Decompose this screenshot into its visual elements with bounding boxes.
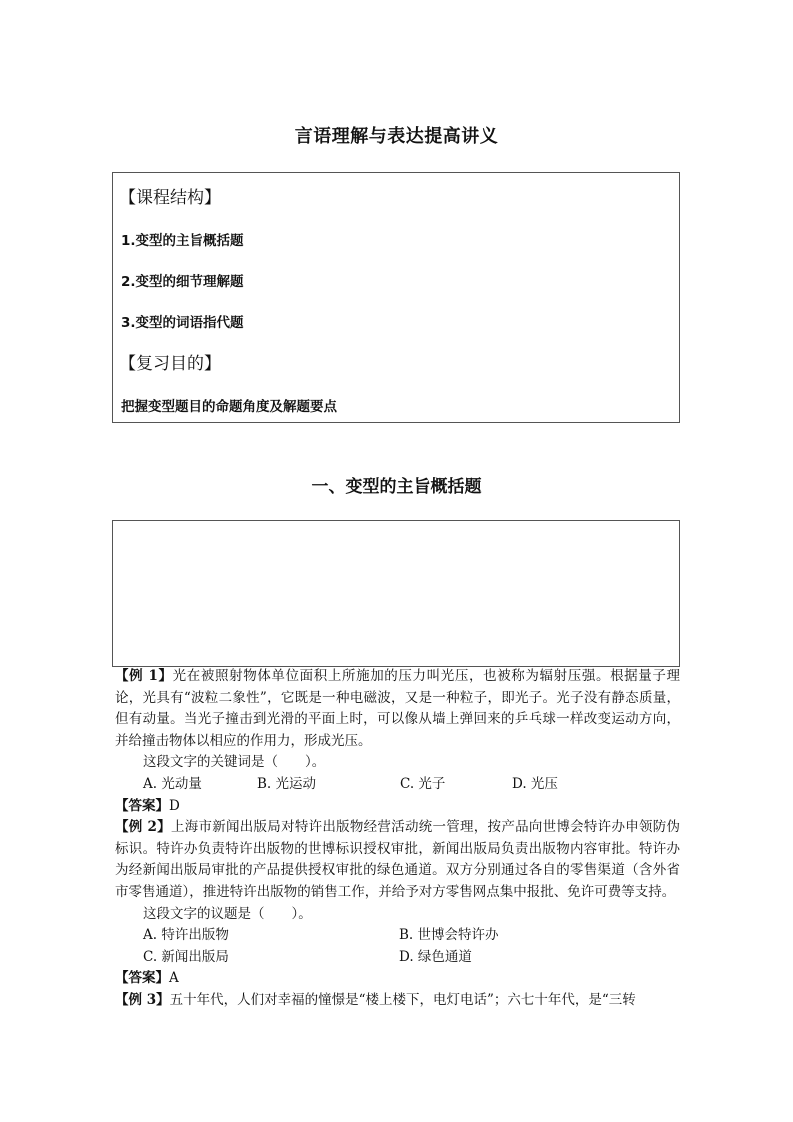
example-2: 【例 2】上海市新闻出版局对特许出版物经营活动统一管理，按产品向世博会特许办申领… (115, 817, 680, 903)
option-c: C. 光子 (400, 774, 512, 796)
option-c: C. 新闻出版局 (143, 947, 399, 969)
example-1: 【例 1】光在被照射物体单位面积上所施加的压力叫光压，也被称为辐射压强。根据量子… (115, 666, 680, 752)
answer-label: 【答案】 (115, 970, 169, 986)
example-3: 【例 3】五十年代，人们对幸福的憧憬是“楼上楼下，电灯电话”；六七十年代，是“三… (115, 990, 680, 1012)
example-text: 五十年代，人们对幸福的憧憬是“楼上楼下，电灯电话”；六七十年代，是“三转 (170, 992, 636, 1008)
answer-label: 【答案】 (115, 798, 169, 814)
option-b: B. 世博会特许办 (399, 925, 499, 947)
review-goal-heading: 【复习目的】 (119, 349, 221, 374)
example-question: 这段文字的关键词是（ ）。 (115, 752, 680, 774)
course-structure-box: 【课程结构】 1.变型的主旨概括题 2.变型的细节理解题 3.变型的词语指代题 … (112, 172, 680, 423)
examples-body: 【例 1】光在被照射物体单位面积上所施加的压力叫光压，也被称为辐射压强。根据量子… (115, 666, 680, 1012)
review-goal-text: 把握变型题目的命题角度及解题要点 (121, 395, 337, 415)
structure-item-1: 1.变型的主旨概括题 (121, 229, 244, 249)
page-title: 言语理解与表达提高讲义 (0, 122, 793, 148)
option-d: D. 绿色通道 (399, 947, 472, 969)
structure-item-3: 3.变型的词语指代题 (121, 311, 244, 331)
options-row: C. 新闻出版局 D. 绿色通道 (115, 947, 680, 969)
option-b: B. 光运动 (257, 774, 400, 796)
option-a: A. 光动量 (143, 774, 257, 796)
example-text: 光在被照射物体单位面积上所施加的压力叫光压，也被称为辐射压强。根据量子理论，光具… (115, 668, 680, 749)
course-structure-heading: 【课程结构】 (119, 183, 221, 208)
example-label: 【例 2】 (115, 819, 171, 835)
answer-line: 【答案】D (115, 796, 680, 818)
example-question: 这段文字的议题是（ ）。 (115, 904, 680, 926)
options-row: A. 光动量 B. 光运动 C. 光子 D. 光压 (115, 774, 680, 796)
section-title: 一、变型的主旨概括题 (0, 472, 793, 497)
option-d: D. 光压 (512, 774, 558, 796)
option-a: A. 特许出版物 (143, 925, 399, 947)
example-text: 上海市新闻出版局对特许出版物经营活动统一管理，按产品向世博会特许办申领防伪标识。… (115, 819, 680, 900)
answer-line: 【答案】A (115, 968, 680, 990)
example-label: 【例 1】 (115, 668, 173, 684)
example-label: 【例 3】 (115, 992, 170, 1008)
blank-box (112, 520, 680, 667)
answer-value: A (169, 970, 179, 986)
answer-value: D (169, 798, 180, 814)
structure-item-2: 2.变型的细节理解题 (121, 270, 244, 290)
options-row: A. 特许出版物 B. 世博会特许办 (115, 925, 680, 947)
